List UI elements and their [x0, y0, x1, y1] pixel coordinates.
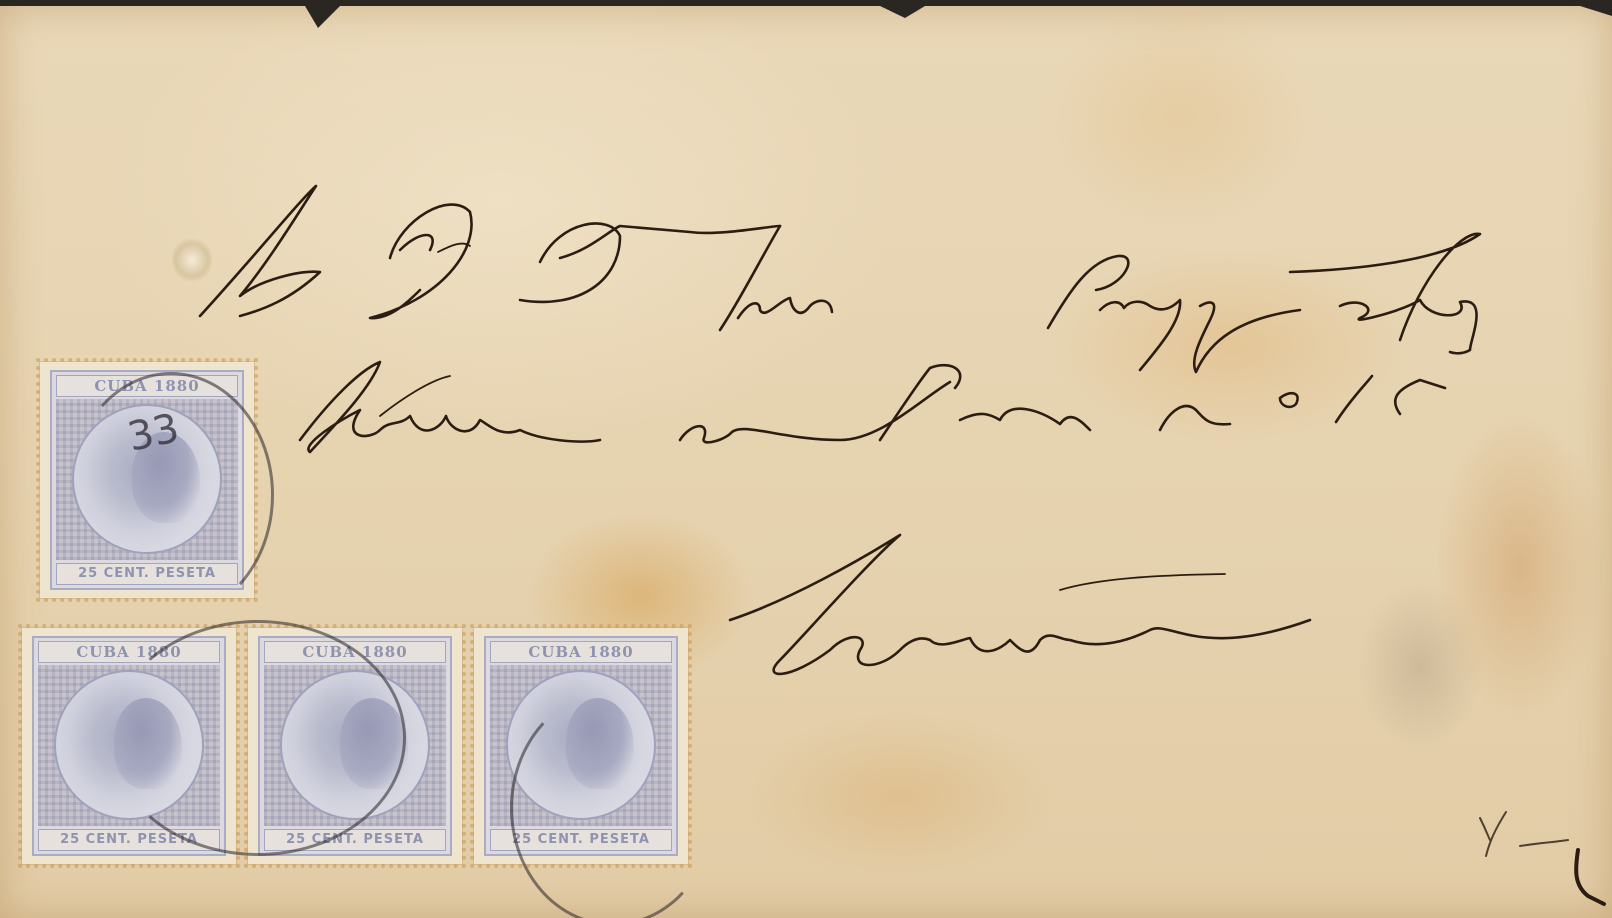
stamp-country: CUBA 1880 [490, 641, 672, 663]
postmark-cancel-3 [510, 690, 716, 918]
postmark-cancel-2 [110, 620, 406, 856]
